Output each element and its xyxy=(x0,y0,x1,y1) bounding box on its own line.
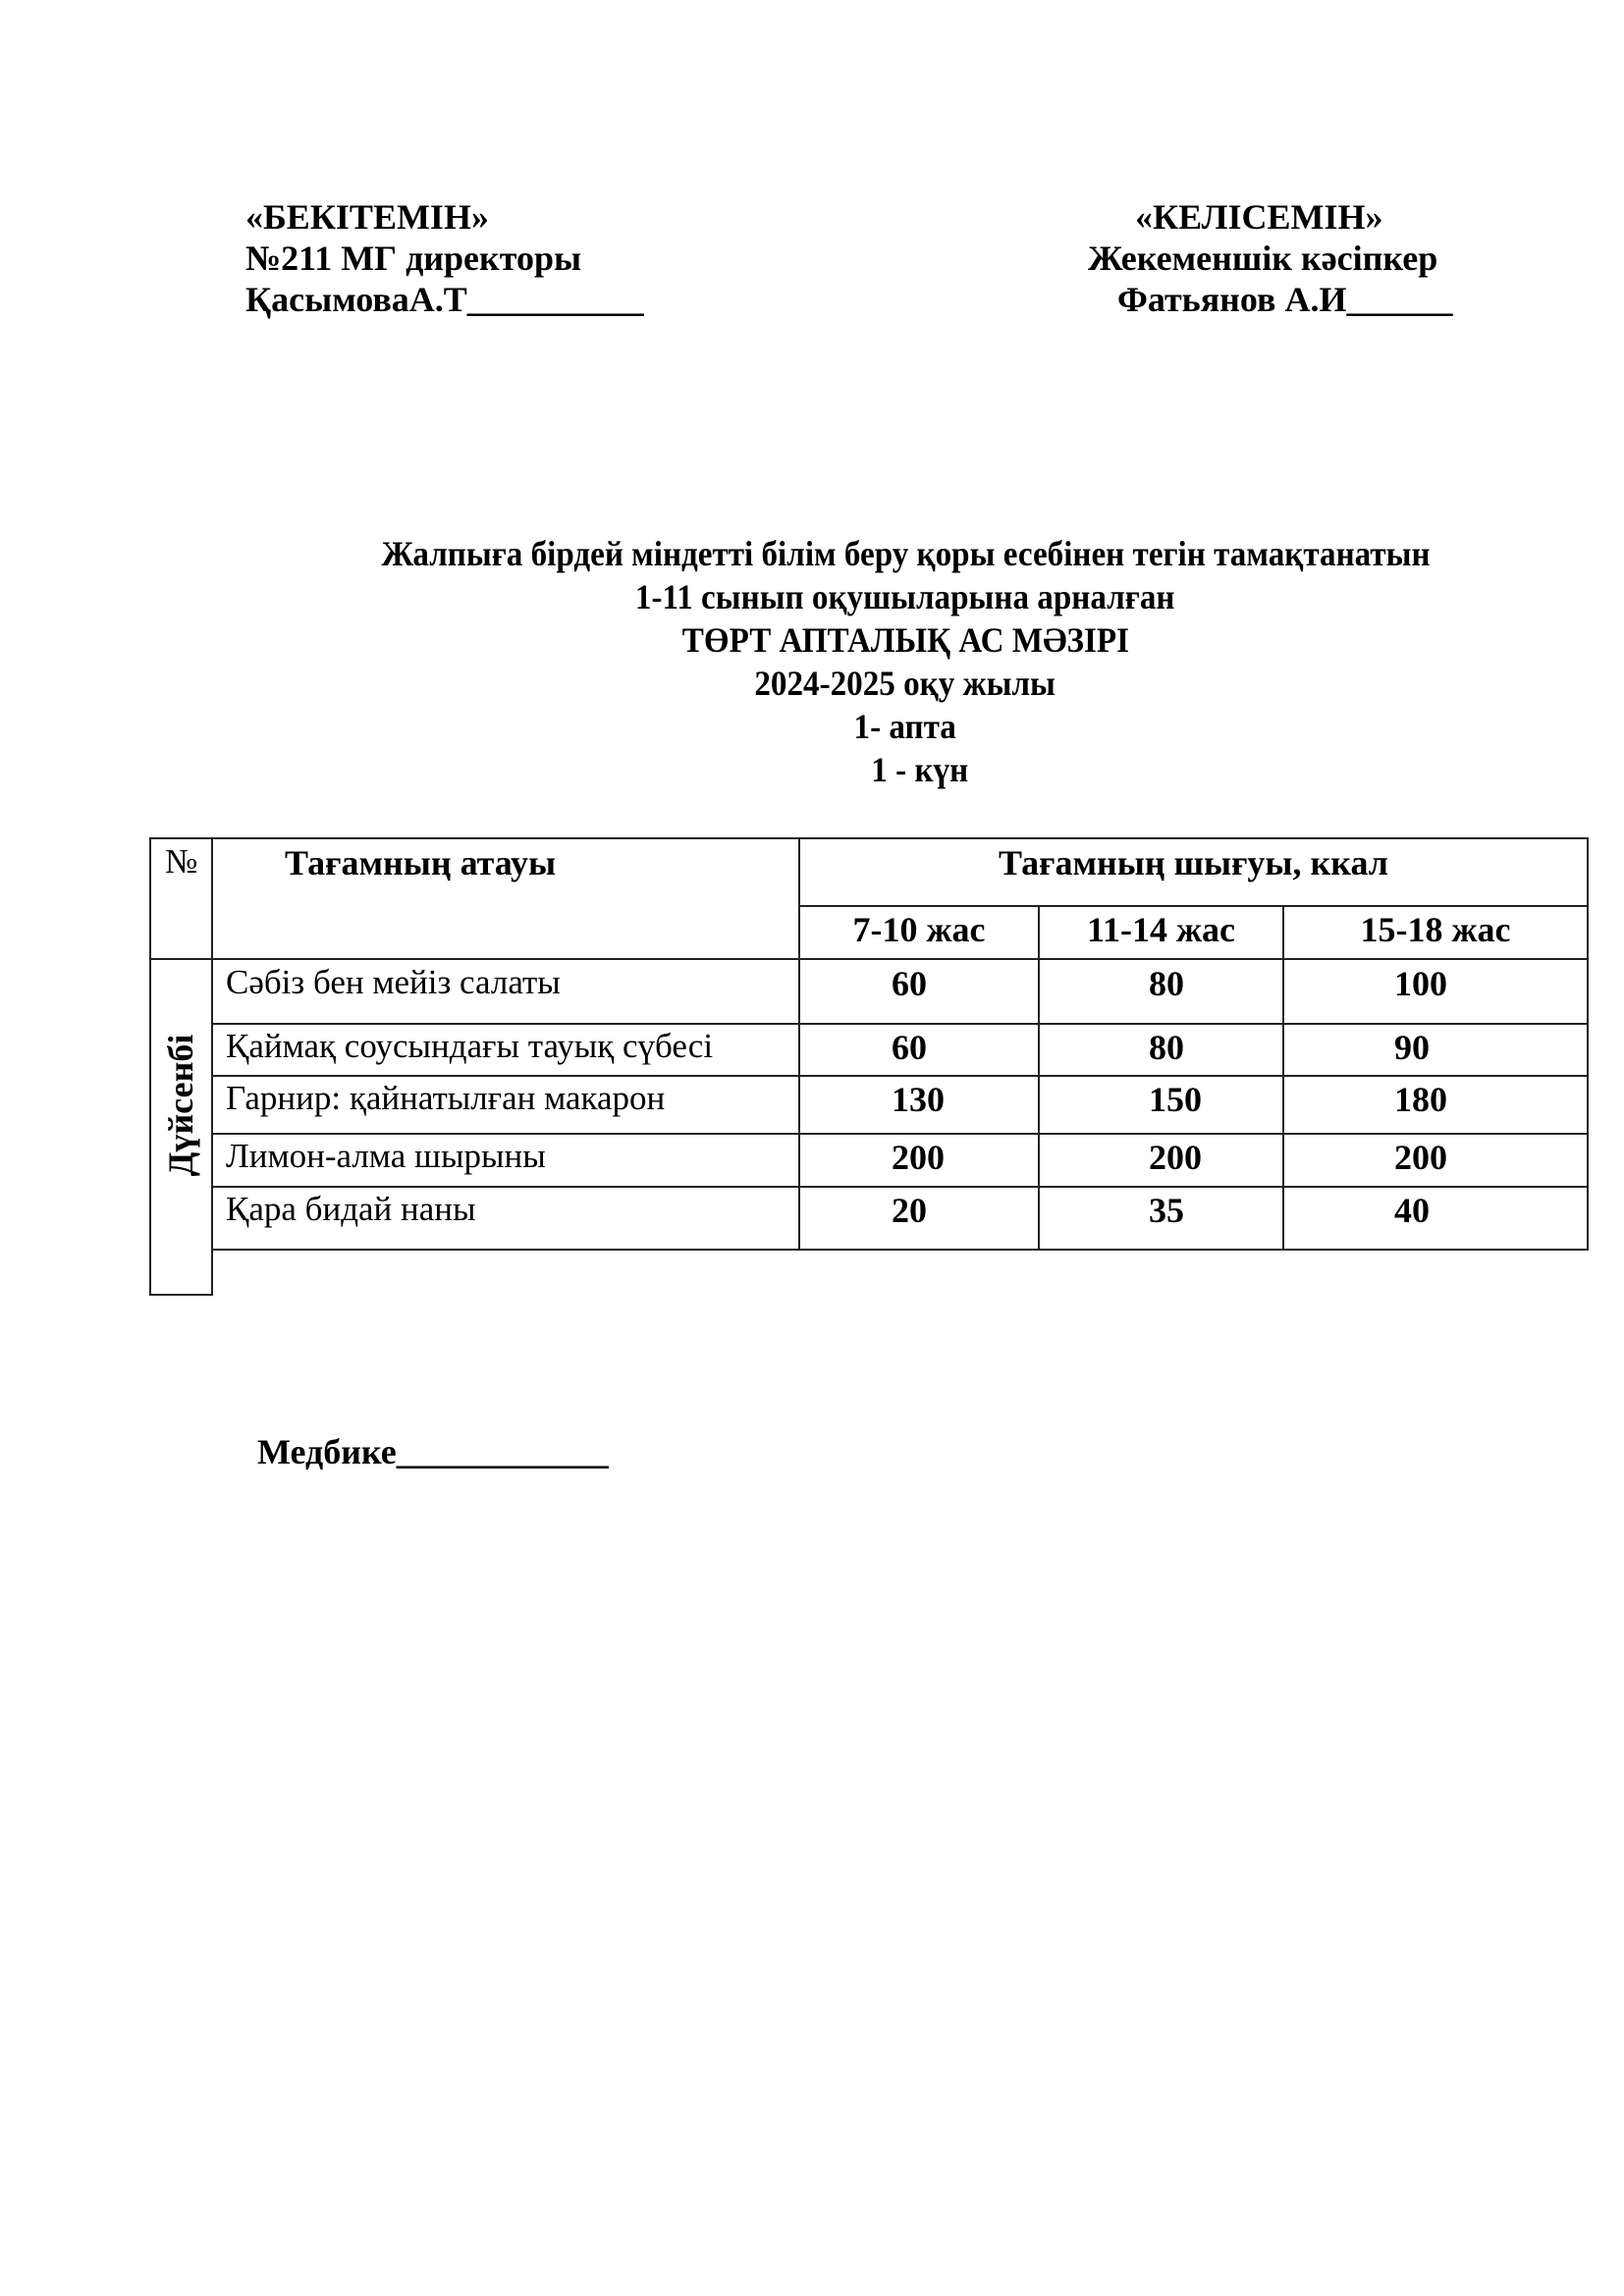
agreement-signatory: Фатьянов А.И______ xyxy=(1088,279,1452,320)
table-row-divider xyxy=(211,1186,1589,1188)
heading-line-6: 1 - күн xyxy=(872,748,969,791)
kcal-11-14: 80 xyxy=(1149,1027,1184,1068)
agreement-block: «КЕЛІСЕМІН» Жекеменшік кәсіпкер Фатьянов… xyxy=(1088,196,1452,320)
column-header-name: Тағамның атауы xyxy=(285,842,556,883)
kcal-15-18: 200 xyxy=(1394,1137,1447,1178)
kcal-11-14: 35 xyxy=(1149,1190,1184,1231)
table-header-bottom xyxy=(149,958,1589,960)
heading-line-4: 2024-2025 оқу жылы xyxy=(755,662,1056,705)
heading-line-5: 1- апта xyxy=(854,705,956,748)
kcal-15-18: 40 xyxy=(1394,1190,1430,1231)
heading-line-1: Жалпыға бірдей міндетті білім беру қоры … xyxy=(381,532,1430,575)
agreement-title: «КЕЛІСЕМІН» xyxy=(1088,196,1452,238)
kcal-7-10: 20 xyxy=(892,1190,927,1231)
kcal-7-10: 60 xyxy=(892,1027,927,1068)
kcal-15-18: 100 xyxy=(1394,963,1447,1004)
dish-name: Гарнир: қайнатылған макарон xyxy=(226,1079,665,1118)
kcal-7-10: 130 xyxy=(892,1079,945,1120)
approval-block: «БЕКІТЕМІН» №211 МГ директоры ҚасымоваА.… xyxy=(245,196,644,320)
dish-name: Сәбіз бен мейіз салаты xyxy=(226,963,561,1002)
dish-name: Қара бидай наны xyxy=(226,1190,476,1229)
kcal-15-18: 180 xyxy=(1394,1079,1447,1120)
heading-line-2: 1-11 сынып оқушыларына арналған xyxy=(635,575,1175,618)
table-border-left xyxy=(149,837,151,1296)
agreement-position: Жекеменшік кәсіпкер xyxy=(1088,238,1452,279)
age-column-divider xyxy=(1038,905,1040,1251)
approval-title: «БЕКІТЕМІН» xyxy=(245,196,644,238)
heading-line-3: ТӨРТ АПТАЛЫҚ АС МӘЗІРІ xyxy=(681,618,1128,662)
kcal-15-18: 90 xyxy=(1394,1027,1430,1068)
table-row-divider xyxy=(211,1023,1589,1025)
table-header-divider xyxy=(798,905,1589,907)
table-border-top xyxy=(149,837,1589,839)
table-row-divider xyxy=(211,1133,1589,1135)
day-label: Дүйсенбі xyxy=(160,1035,201,1177)
column-header-number: № xyxy=(165,842,197,881)
column-header-age-11-14: 11-14 жас xyxy=(1040,909,1282,950)
nurse-signature: Медбике____________ xyxy=(257,1431,609,1472)
document-heading: Жалпыға бірдей міндетті білім беру қоры … xyxy=(0,532,1624,791)
table-border-right xyxy=(1587,837,1589,1251)
approval-position: №211 МГ директоры xyxy=(245,238,644,279)
kcal-7-10: 200 xyxy=(892,1137,945,1178)
number-column-divider xyxy=(211,837,213,1296)
table-border-bottom xyxy=(211,1249,1589,1251)
name-column-divider xyxy=(798,837,800,1251)
column-header-age-15-18: 15-18 жас xyxy=(1284,909,1587,950)
dish-name: Лимон-алма шырыны xyxy=(226,1137,546,1176)
approval-signatory: ҚасымоваА.Т__________ xyxy=(245,279,644,320)
age-column-divider xyxy=(1282,905,1284,1251)
kcal-11-14: 80 xyxy=(1149,963,1184,1004)
kcal-7-10: 60 xyxy=(892,963,927,1004)
column-header-output: Тағамның шығуы, ккал xyxy=(798,842,1589,883)
kcal-11-14: 150 xyxy=(1149,1079,1202,1120)
day-column-bottom xyxy=(149,1294,213,1296)
column-header-age-7-10: 7-10 жас xyxy=(800,909,1038,950)
dish-name: Қаймақ соусындағы тауық сүбесі xyxy=(226,1027,713,1066)
table-row-divider xyxy=(211,1075,1589,1077)
kcal-11-14: 200 xyxy=(1149,1137,1202,1178)
